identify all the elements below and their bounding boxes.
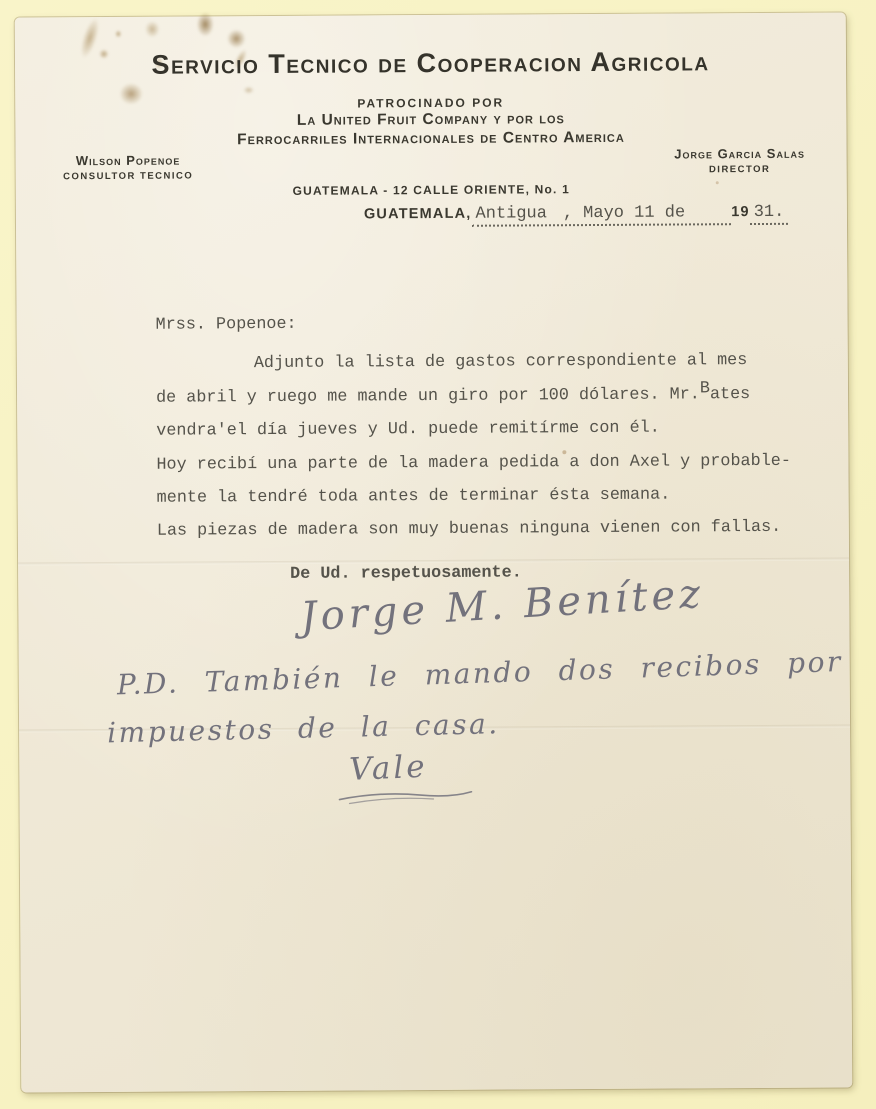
letterhead-title: Servicio Tecnico de Cooperacion Agricola bbox=[15, 45, 846, 81]
dateline-year-line: 31. bbox=[750, 203, 789, 225]
consultant-title: CONSULTOR TECNICO bbox=[46, 170, 211, 182]
dateline: GUATEMALA, Antigua , Mayo 11 de 19 31. bbox=[364, 203, 789, 228]
raised-letter: B bbox=[700, 379, 710, 398]
closing-line: De Ud. respetuosamente. bbox=[290, 563, 522, 583]
dateline-printed-city: GUATEMALA, bbox=[364, 206, 472, 223]
vale-underline-flourish bbox=[335, 787, 475, 806]
ink-stain bbox=[197, 12, 214, 36]
postscript-line1: P.D. También le mando dos recibos por bbox=[116, 645, 843, 701]
consultant-block: Wilson Popenoe CONSULTOR TECNICO bbox=[46, 152, 211, 182]
dateline-typed-place: Antigua bbox=[475, 204, 547, 223]
salutation: Mrss. Popenoe: bbox=[156, 315, 297, 335]
body-line: de abril y ruego me mande un giro por 10… bbox=[156, 385, 750, 408]
ink-stain bbox=[115, 30, 122, 38]
body-line: Las piezas de madera son muy buenas ning… bbox=[157, 518, 781, 541]
dateline-fill-line: Antigua , Mayo 11 de bbox=[471, 203, 731, 227]
dateline-typed-date: Mayo 11 de bbox=[583, 203, 685, 223]
body-line-text: de abril y ruego me mande un giro por 10… bbox=[156, 385, 700, 407]
postscript-line2: impuestos de la casa. bbox=[107, 707, 500, 749]
ink-stain bbox=[227, 29, 246, 48]
vale-note: Vale bbox=[349, 749, 429, 788]
body-line: Hoy recibí una parte de la madera pedida… bbox=[156, 452, 791, 475]
dateline-typed-year: 31. bbox=[754, 203, 785, 222]
ink-stain bbox=[243, 86, 254, 94]
dateline-typed-separator: , bbox=[563, 204, 573, 223]
letterhead-address: GUATEMALA - 12 CALLE ORIENTE, No. 1 bbox=[16, 180, 847, 199]
body-line: Adjunto la lista de gastos correspondien… bbox=[254, 351, 748, 373]
dateline-printed-year-prefix: 19 bbox=[731, 204, 750, 220]
letter-page: Servicio Tecnico de Cooperacion Agricola… bbox=[15, 12, 853, 1092]
director-name: Jorge Garcia Salas bbox=[655, 146, 825, 162]
body-line: mente la tendré toda antes de terminar é… bbox=[157, 486, 671, 508]
director-block: Jorge Garcia Salas DIRECTOR bbox=[655, 146, 825, 176]
director-title: DIRECTOR bbox=[655, 164, 825, 176]
body-line: vendra'el día jueves y Ud. puede remitír… bbox=[156, 419, 660, 441]
body-line-text: ates bbox=[710, 385, 750, 404]
ink-stain bbox=[145, 21, 160, 38]
consultant-name: Wilson Popenoe bbox=[46, 152, 211, 168]
